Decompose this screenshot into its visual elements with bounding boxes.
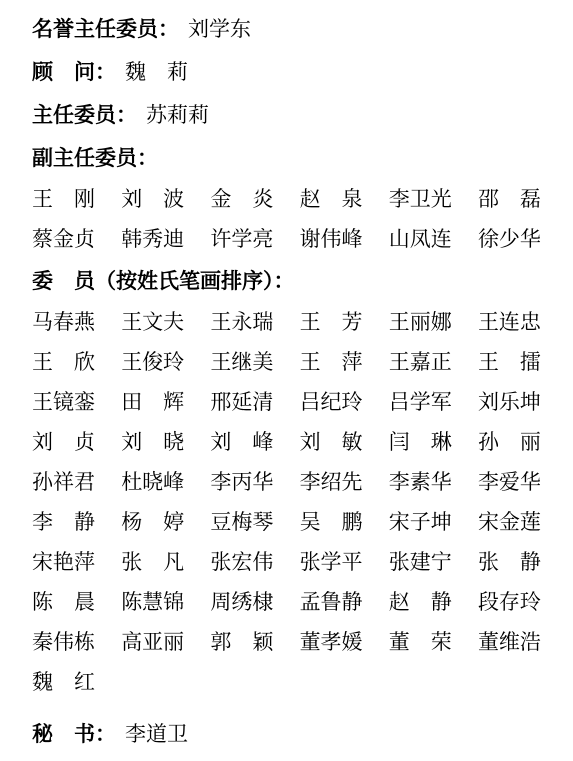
colon: ：: [116, 104, 137, 127]
deputy-directors-label: 副主任委员: [32, 147, 137, 170]
person-name: 王 芳: [300, 303, 363, 343]
person-name: 邢延清: [210, 383, 273, 423]
colon: ：: [274, 270, 295, 293]
name-row: 蔡金贞韩秀迪许学亮谢伟峰山凤连徐少华: [32, 220, 541, 260]
person-name: 吕学军: [389, 383, 452, 423]
colon: ：: [95, 723, 116, 746]
person-name: 陈 晨: [32, 583, 95, 623]
person-name: 李丙华: [210, 463, 273, 503]
advisor-label: 顾 问: [32, 61, 95, 84]
members-label: 委 员（按姓氏笔画排序）: [32, 270, 274, 293]
person-name: 王继美: [210, 343, 273, 383]
person-name: 赵 泉: [300, 180, 363, 220]
person-name: 郭 颖: [210, 623, 273, 663]
person-name: 王永瑞: [210, 303, 273, 343]
person-name: 孙祥君: [32, 463, 95, 503]
director-name: 苏莉莉: [146, 104, 209, 127]
person-name: 韩秀迪: [121, 220, 184, 260]
deputy-directors-heading: 副主任委员：: [32, 137, 541, 180]
secretary-line: 秘 书：李道卫: [32, 713, 541, 756]
person-name: 宋金莲: [478, 503, 541, 543]
person-name: 李绍先: [300, 463, 363, 503]
secretary-name: 李道卫: [125, 723, 188, 746]
person-name: 刘 贞: [32, 423, 95, 463]
person-name: 李卫光: [389, 180, 452, 220]
honorary-director-line: 名誉主任委员：刘学东: [32, 8, 541, 51]
name-row: 李 静杨 婷豆梅琴吴 鹏宋子坤宋金莲: [32, 503, 541, 543]
person-name: 张 静: [478, 543, 541, 583]
person-name: 高亚丽: [121, 623, 184, 663]
name-row: 孙祥君杜晓峰李丙华李绍先李素华李爱华: [32, 463, 541, 503]
name-row: 马春燕王文夫王永瑞王 芳王丽娜王连忠: [32, 303, 541, 343]
advisor-name: 魏 莉: [125, 61, 188, 84]
person-name: 刘 敏: [300, 423, 363, 463]
honorary-director-label: 名誉主任委员: [32, 18, 158, 41]
person-name: 刘 波: [121, 180, 184, 220]
person-name: 刘乐坤: [478, 383, 541, 423]
name-row: 刘 贞刘 晓刘 峰刘 敏闫 琳孙 丽: [32, 423, 541, 463]
person-name: 魏 红: [32, 663, 95, 703]
director-label: 主任委员: [32, 104, 116, 127]
director-line: 主任委员：苏莉莉: [32, 94, 541, 137]
person-name: 张 凡: [121, 543, 184, 583]
person-name: 吴 鹏: [300, 503, 363, 543]
honorary-director-name: 刘学东: [188, 18, 251, 41]
person-name: 王 刚: [32, 180, 95, 220]
name-row: 王 欣王俊玲王继美王 萍王嘉正王 擂: [32, 343, 541, 383]
person-name: 杨 婷: [121, 503, 184, 543]
person-name: 马春燕: [32, 303, 95, 343]
colon: ：: [137, 147, 158, 170]
person-name: 董 荣: [389, 623, 452, 663]
members-heading: 委 员（按姓氏笔画排序）：: [32, 260, 541, 303]
person-name: 段存玲: [478, 583, 541, 623]
person-name: 孙 丽: [478, 423, 541, 463]
person-name: 吕纪玲: [300, 383, 363, 423]
members-name-rows: 马春燕王文夫王永瑞王 芳王丽娜王连忠王 欣王俊玲王继美王 萍王嘉正王 擂王镜銮田…: [32, 303, 541, 703]
person-name: 宋子坤: [389, 503, 452, 543]
person-name: 宋艳萍: [32, 543, 95, 583]
person-name: 田 辉: [121, 383, 184, 423]
person-name: 张宏伟: [210, 543, 273, 583]
name-row: 王镜銮田 辉邢延清吕纪玲吕学军刘乐坤: [32, 383, 541, 423]
person-name: 孟鲁静: [300, 583, 363, 623]
person-name: 王嘉正: [389, 343, 452, 383]
name-row: 秦伟栋高亚丽郭 颖董孝媛董 荣董维浩: [32, 623, 541, 663]
person-name: 王镜銮: [32, 383, 95, 423]
person-name: 张建宁: [389, 543, 452, 583]
person-name: 李 静: [32, 503, 95, 543]
person-name: 王 萍: [300, 343, 363, 383]
colon: ：: [95, 61, 116, 84]
person-name: 刘 晓: [121, 423, 184, 463]
person-name: 山凤连: [389, 220, 452, 260]
person-name: 徐少华: [478, 220, 541, 260]
person-name: 金 炎: [210, 180, 273, 220]
secretary-label: 秘 书: [32, 723, 95, 746]
person-name: 王文夫: [121, 303, 184, 343]
name-row: 陈 晨陈慧锦周绣棣孟鲁静赵 静段存玲: [32, 583, 541, 623]
person-name: 董维浩: [478, 623, 541, 663]
person-name: 秦伟栋: [32, 623, 95, 663]
person-name: 豆梅琴: [210, 503, 273, 543]
name-row: 王 刚刘 波金 炎赵 泉李卫光邵 磊: [32, 180, 541, 220]
person-name: 王 擂: [478, 343, 541, 383]
advisor-line: 顾 问：魏 莉: [32, 51, 541, 94]
person-name: 周绣棣: [210, 583, 273, 623]
person-name: 王丽娜: [389, 303, 452, 343]
person-name: 闫 琳: [389, 423, 452, 463]
person-name: 李素华: [389, 463, 452, 503]
person-name: 王连忠: [478, 303, 541, 343]
person-name: 赵 静: [389, 583, 452, 623]
deputy-directors-name-rows: 王 刚刘 波金 炎赵 泉李卫光邵 磊蔡金贞韩秀迪许学亮谢伟峰山凤连徐少华: [32, 180, 541, 260]
person-name: 陈慧锦: [121, 583, 184, 623]
committee-document: 名誉主任委员：刘学东 顾 问：魏 莉 主任委员：苏莉莉 副主任委员： 王 刚刘 …: [0, 0, 573, 756]
person-name: 许学亮: [210, 220, 273, 260]
name-row: 魏 红: [32, 663, 541, 703]
person-name: 刘 峰: [210, 423, 273, 463]
person-name: 邵 磊: [478, 180, 541, 220]
person-name: 张学平: [300, 543, 363, 583]
colon: ：: [158, 18, 179, 41]
person-name: 李爱华: [478, 463, 541, 503]
person-name: 杜晓峰: [121, 463, 184, 503]
person-name: 谢伟峰: [300, 220, 363, 260]
name-row: 宋艳萍张 凡张宏伟张学平张建宁张 静: [32, 543, 541, 583]
person-name: 蔡金贞: [32, 220, 95, 260]
person-name: 王 欣: [32, 343, 95, 383]
person-name: 董孝媛: [300, 623, 363, 663]
person-name: 王俊玲: [121, 343, 184, 383]
